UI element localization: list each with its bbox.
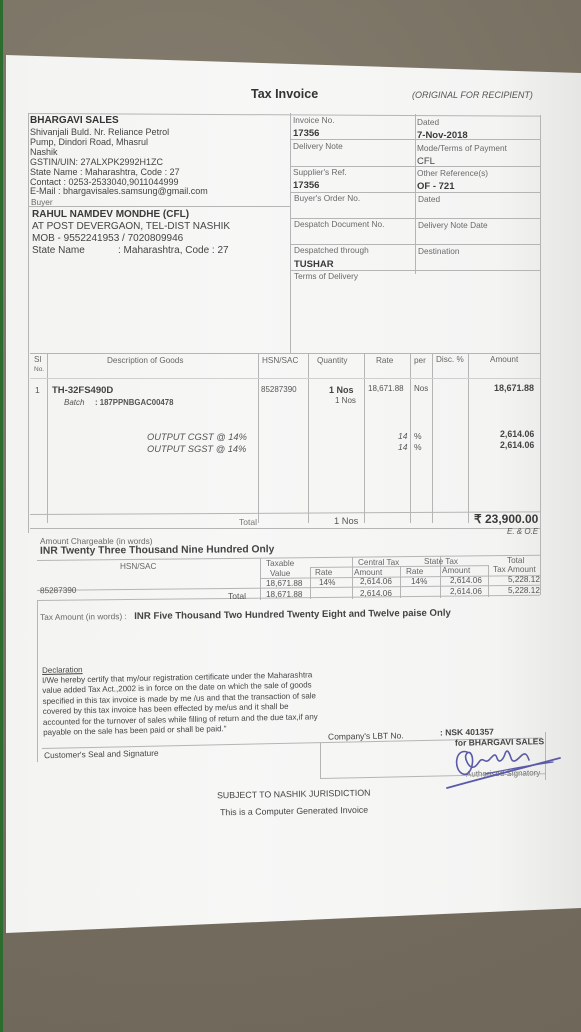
tax-total-state: 2,614.06 [450, 587, 482, 596]
col-header-amount: Amount [490, 355, 518, 364]
col-header-disc: Disc. % [436, 355, 464, 364]
col-header-description: Description of Goods [107, 356, 183, 365]
tax-words: INR Five Thousand Two Hundred Twenty Eig… [134, 608, 451, 622]
suppliers-ref: 17356 [293, 180, 319, 191]
despatch-doc-label: Despatch Document No. [294, 219, 384, 229]
other-refs: OF - 721 [417, 181, 455, 192]
seller-name: BHARGAVI SALES [30, 115, 119, 126]
tax-words-line: Tax Amount (in words) : INR Five Thousan… [40, 603, 451, 625]
delivery-note-label: Delivery Note [293, 141, 343, 151]
item-batch: : 187PPNBGAC00478 [95, 398, 173, 407]
order-dated-label: Dated [418, 194, 440, 204]
despatched-through-label: Despatched through [294, 245, 369, 255]
tax-rate: 14 [398, 442, 407, 452]
despatched-through: TUSHAR [294, 259, 334, 270]
tax-row-central-rate: 14% [319, 578, 335, 587]
buyer-label: Buyer [31, 197, 53, 207]
tax-amount: 2,614.06 [500, 429, 534, 439]
signature-icon [445, 740, 565, 792]
tax-label: OUTPUT SGST @ 14% [147, 444, 246, 454]
seller-gstin: GSTIN/UIN: 27ALXPK2992H1ZC [30, 157, 163, 167]
item-rate: 18,671.88 [368, 384, 404, 393]
eoe-note: E. & O.E [507, 527, 538, 536]
item-quantity: 1 Nos [329, 385, 354, 395]
total-amount: ₹ 23,900.00 [474, 512, 538, 526]
destination-label: Destination [418, 246, 460, 256]
tax-row-state-amount: 2,614.06 [450, 576, 482, 585]
tax-row-taxable: 18,671.88 [266, 579, 302, 588]
seller-email: E-Mail : bhargavisales.samsung@gmail.com [30, 186, 208, 196]
tax-col-header-central-rate: Rate [315, 568, 332, 577]
declaration-block: Declaration I/We hereby certify that my/… [42, 666, 322, 739]
declaration-text: I/We hereby certify that my/our registra… [42, 671, 320, 739]
tax-total-taxable: 18,671.88 [266, 590, 302, 599]
payment-terms-label: Mode/Terms of Payment [417, 143, 507, 153]
buyer-name: RAHUL NAMDEV MONDHE (CFL) [32, 209, 189, 220]
buyer-state-value: : Maharashtra, Code : 27 [118, 245, 229, 256]
tax-row-hsn: 85287390 [40, 586, 77, 595]
col-header-per: per [414, 356, 426, 365]
dated-label: Dated [417, 117, 439, 127]
amount-words: INR Twenty Three Thousand Nine Hundred O… [40, 544, 274, 557]
tax-row-central-amount: 2,614.06 [360, 577, 392, 586]
lbt-value: : NSK 401357 [440, 727, 494, 738]
buyer-address: AT POST DEVERGAON, TEL-DIST NASHIK [32, 221, 230, 232]
tax-label: OUTPUT CGST @ 14% [147, 432, 247, 442]
col-header-hsn: HSN/SAC [262, 356, 298, 365]
invoice-no-label: Invoice No. [293, 115, 335, 125]
tax-col-header-state: State Tax [424, 557, 458, 566]
customer-seal-label: Customer's Seal and Signature [44, 748, 159, 760]
payment-terms: CFL [417, 156, 435, 167]
computer-generated-note: This is a Computer Generated Invoice [220, 805, 368, 818]
document-title: Tax Invoice [251, 87, 318, 101]
tax-col-header-state-amount: Amount [442, 566, 470, 575]
tax-col-header-taxable-2: Value [270, 569, 290, 578]
tax-row-total: 5,228.12 [508, 575, 540, 584]
tax-words-label: Tax Amount (in words) : [40, 611, 127, 622]
seller-address-line: Shivanjali Buld. Nr. Reliance Petrol [30, 127, 169, 137]
tax-col-header-hsn: HSN/SAC [120, 562, 156, 571]
tax-total-label: Total [228, 591, 246, 601]
tax-amount: 2,614.06 [500, 440, 534, 450]
seller-address-line: Pump, Dindori Road, Mhasrul [30, 137, 148, 147]
delivery-note-date-label: Delivery Note Date [418, 220, 488, 230]
suppliers-ref-label: Supplier's Ref. [293, 167, 347, 177]
col-header-sl: Sl [34, 355, 41, 364]
tax-col-header-total: Total [507, 556, 524, 565]
terms-of-delivery-label: Terms of Delivery [294, 271, 358, 281]
item-amount: 18,671.88 [494, 383, 534, 393]
lbt-label: Company's LBT No. [328, 730, 404, 741]
item-batch-label: Batch [64, 398, 84, 407]
tax-invoice-document: Tax Invoice (ORIGINAL FOR RECIPIENT) BHA… [0, 0, 581, 1032]
col-header-rate: Rate [376, 356, 393, 365]
tax-unit: % [414, 442, 422, 452]
total-quantity: 1 Nos [334, 516, 358, 526]
seller-address-line: Nashik [30, 147, 58, 157]
tax-col-header-central: Central Tax [358, 558, 399, 567]
tax-col-header-state-rate: Rate [406, 567, 423, 576]
item-quantity-sub: 1 Nos [335, 396, 356, 405]
other-refs-label: Other Reference(s) [417, 168, 488, 178]
item-sl: 1 [35, 385, 40, 395]
tax-row-state-rate: 14% [411, 577, 427, 586]
buyers-order-label: Buyer's Order No. [294, 193, 360, 203]
tax-rate: 14 [398, 431, 407, 441]
col-header-quantity: Quantity [317, 356, 348, 365]
tax-total-total: 5,228.12 [508, 586, 540, 595]
jurisdiction-note: SUBJECT TO NASHIK JURISDICTION [217, 788, 371, 801]
buyer-state-label: State Name [32, 245, 85, 256]
tax-col-header-total-2: Tax Amount [493, 565, 536, 574]
item-hsn: 85287390 [261, 385, 297, 394]
col-header-sl-no: No. [34, 366, 44, 373]
item-per: Nos [414, 384, 428, 393]
tax-col-header-taxable: Taxable [266, 559, 294, 568]
copy-label: (ORIGINAL FOR RECIPIENT) [412, 90, 533, 100]
tax-col-header-central-amount: Amount [354, 568, 382, 577]
invoice-date: 7-Nov-2018 [417, 130, 468, 141]
invoice-no: 17356 [293, 128, 319, 139]
item-description: TH-32FS490D [52, 385, 113, 396]
buyer-mobile: MOB - 9552241953 / 7020809946 [32, 233, 183, 244]
total-label: Total [239, 517, 257, 527]
tax-total-central: 2,614.06 [360, 589, 392, 598]
seller-state: State Name : Maharashtra, Code : 27 [30, 167, 180, 177]
tax-unit: % [414, 431, 422, 441]
